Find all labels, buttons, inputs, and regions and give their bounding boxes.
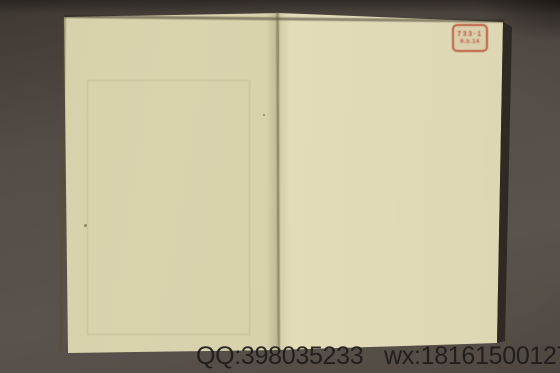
paper-speck — [263, 114, 265, 116]
seal-text-row: 9.5.14 — [460, 39, 480, 45]
book-scan-photo: 733·1 9.5.14 QQ:398035233 wx:18161500127 — [0, 0, 560, 373]
watermark-qq-contact: QQ:398035233 — [196, 344, 363, 369]
bleedthrough-frame — [87, 80, 250, 335]
book-left-edge — [59, 17, 66, 353]
watermark-wechat-contact: wx:18161500127 — [384, 344, 560, 369]
seal-text-row: 733·1 — [457, 31, 482, 38]
red-seal-stamp: 733·1 9.5.14 — [452, 24, 488, 52]
paper-speck — [84, 224, 87, 227]
